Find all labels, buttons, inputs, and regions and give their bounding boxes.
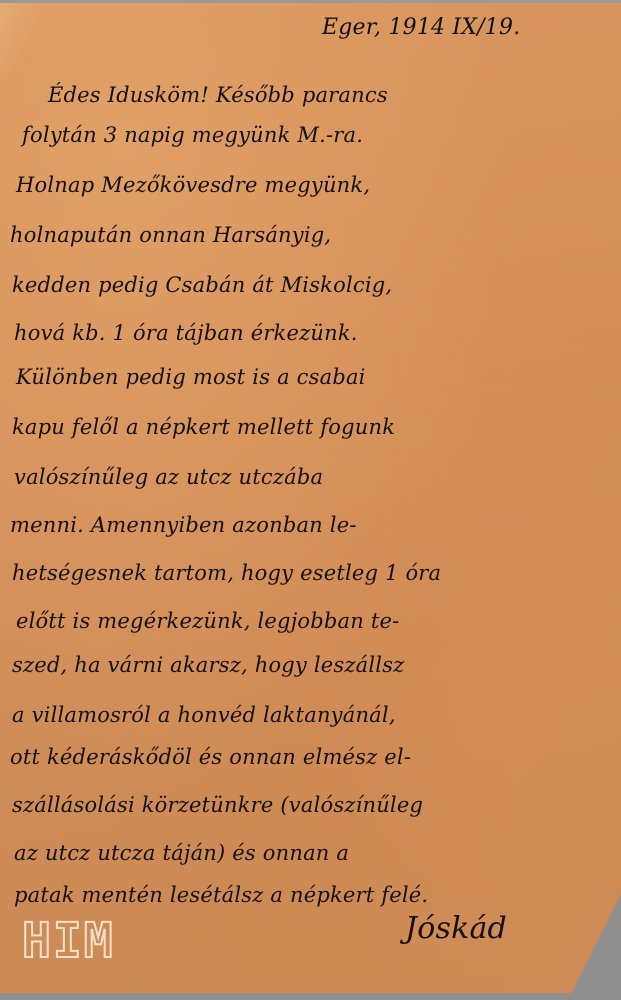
text-line-11: hetségesnek tartom, hogy esetleg 1 óra — [12, 561, 441, 585]
text-line-10: menni. Amennyiben azonban le- — [10, 513, 357, 537]
text-line-15: ott kéderáskődöl és onnan elmész el- — [10, 745, 411, 769]
paper-crease — [0, 3, 50, 73]
text-line-1: Édes Idusköm! Később parancs — [48, 83, 388, 107]
text-line-5: kedden pedig Csabán át Miskolcig, — [12, 273, 392, 297]
text-line-13: szed, ha várni akarsz, hogy leszállsz — [12, 653, 404, 677]
dateline: Eger, 1914 IX/19. — [322, 15, 520, 40]
text-line-16: szállásolási körzetünkre (valószínűleg — [12, 793, 423, 817]
text-line-6: hová kb. 1 óra tájban érkezünk. — [14, 321, 358, 345]
text-line-14: a villamosról a honvéd laktanyánál, — [12, 703, 396, 727]
museum-watermark-logo: HIM — [22, 913, 115, 969]
signature: Jóskád — [405, 911, 507, 946]
text-line-12: előtt is megérkezünk, legjobban te- — [16, 609, 399, 633]
text-line-7: Különben pedig most is a csabai — [16, 365, 366, 389]
text-line-8: kapu felől a népkert mellett fogunk — [12, 415, 395, 439]
text-line-17: az utcz utcza táján) és onnan a — [14, 841, 349, 865]
postcard: Eger, 1914 IX/19. Édes Idusköm! Később p… — [0, 0, 621, 993]
text-line-2: folytán 3 napig megyünk M.-ra. — [22, 123, 363, 147]
text-line-18: patak mentén lesétálsz a népkert felé. — [14, 883, 428, 907]
text-line-9: valószínűleg az utcz utczába — [14, 465, 323, 489]
text-line-3: Holnap Mezőkövesdre megyünk, — [16, 173, 370, 197]
text-line-4: holnapután onnan Harsányig, — [10, 223, 331, 247]
